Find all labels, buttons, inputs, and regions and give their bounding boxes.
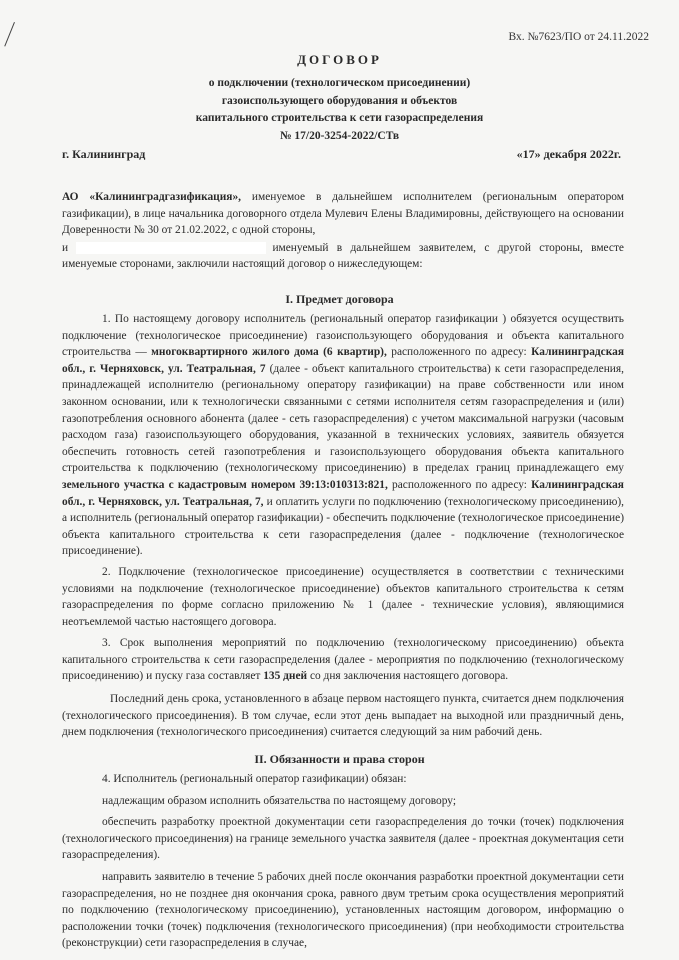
clause-4: 4. Исполнитель (региональный оператор га… — [62, 771, 624, 788]
subtitle-line: газоиспользующего оборудования и объекто… — [0, 93, 679, 111]
object-name: многоквартирного жилого дома (6 квартир)… — [151, 346, 387, 358]
cadastral-number: земельного участка с кадастровым номером… — [62, 479, 388, 491]
clause-text: (далее - объект капитального строительст… — [62, 363, 624, 475]
section-2-heading: II. Обязанности и права сторон — [0, 752, 679, 767]
clause-text: расположенного по адресу: — [387, 346, 531, 358]
subtitle-line: о подключении (технологическом присоедин… — [0, 75, 679, 93]
clause-2: 2. Подключение (технологическое присоеди… — [62, 564, 624, 630]
and-word: и — [62, 242, 68, 254]
city: г. Калининград — [62, 147, 145, 162]
preamble-paragraph: АО «Калининградгазификация», именуемое в… — [62, 189, 624, 239]
document-title: ДОГОВОР — [0, 52, 679, 70]
clause-4-item: обеспечить разработку проектной документ… — [62, 814, 624, 864]
redacted-applicant — [76, 242, 266, 254]
clause-text: со дня заключения настоящего договора. — [307, 670, 508, 682]
clause-4-item: направить заявителю в течение 5 рабочих … — [62, 869, 624, 952]
subtitle-line: капитального строительства к сети газора… — [0, 110, 679, 128]
section-1-body: 1. По настоящему договору исполнитель (р… — [62, 311, 624, 741]
clause-1: 1. По настоящему договору исполнитель (р… — [62, 311, 624, 560]
document-page: Вх. №7623/ПО от 24.11.2022 ДОГОВОР о под… — [0, 0, 679, 960]
section-2-body: 4. Исполнитель (региональный оператор га… — [62, 771, 624, 952]
clause-3: 3. Срок выполнения мероприятий по подклю… — [62, 635, 624, 685]
contract-date: «17» декабря 2022г. — [517, 147, 621, 162]
clause-4-item: надлежащим образом исполнить обязательст… — [62, 793, 624, 810]
preamble-paragraph-2: и именуемый в дальнейшем заявителем, с д… — [62, 240, 624, 273]
contract-number: № 17/20-3254-2022/СТв — [0, 128, 679, 146]
handwritten-mark — [4, 22, 15, 46]
section-1-heading: I. Предмет договора — [0, 292, 679, 307]
clause-3-deadline: Последний день срока, установленного в а… — [62, 691, 624, 741]
document-subtitle: о подключении (технологическом присоедин… — [0, 75, 679, 145]
clause-text: расположенного по адресу: — [388, 479, 531, 491]
term-days: 135 дней — [263, 670, 307, 682]
title-block: ДОГОВОР о подключении (технологическом п… — [0, 52, 679, 145]
preamble: АО «Калининградгазификация», именуемое в… — [62, 189, 624, 273]
company-name: АО «Калининградгазификация», — [62, 191, 241, 203]
incoming-stamp: Вх. №7623/ПО от 24.11.2022 — [509, 31, 650, 43]
